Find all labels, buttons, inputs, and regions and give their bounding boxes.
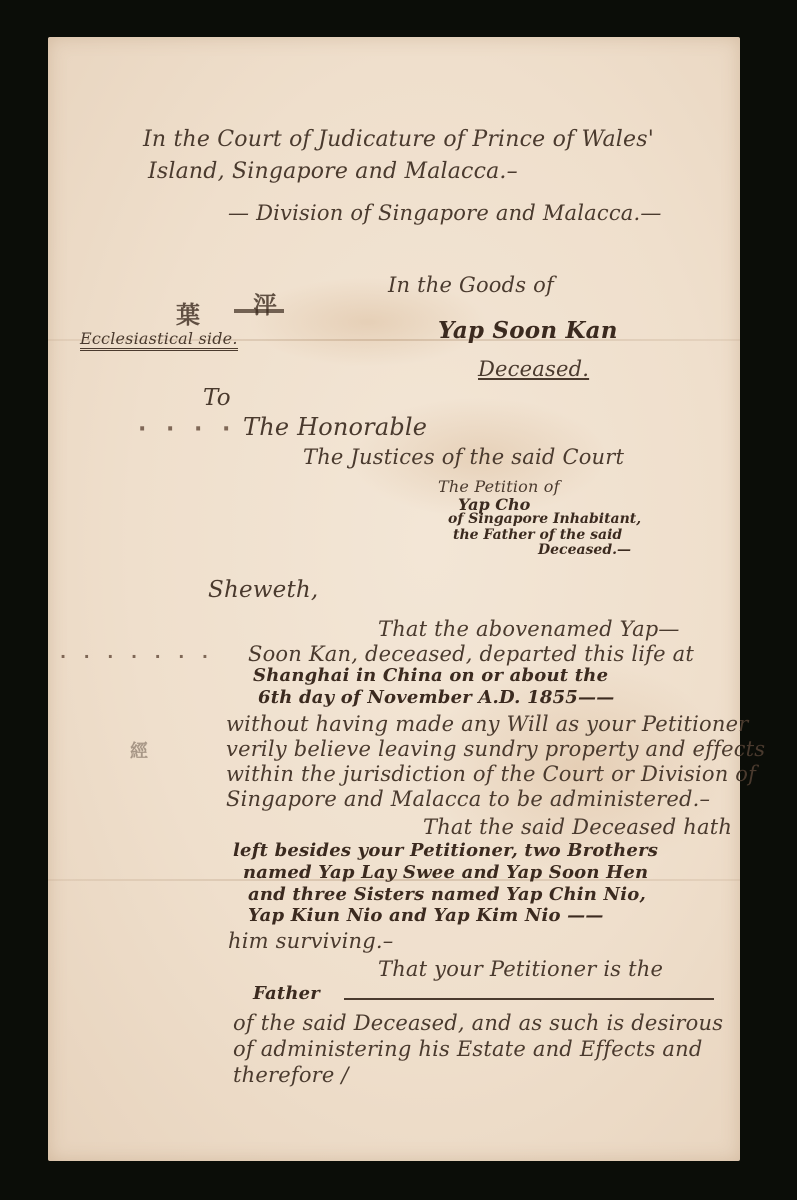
division-title: — Division of Singapore and Malacca.— xyxy=(228,201,662,225)
paragraph-2-line: him surviving.– xyxy=(228,929,393,953)
paragraph-1-line: verily believe leaving sundry property a… xyxy=(226,737,765,761)
paragraph-1-line: 6th day of November A.D. 1855—— xyxy=(258,687,614,708)
seal-stroke xyxy=(234,309,284,313)
manuscript-page: In the Court of Judicature of Prince of … xyxy=(48,37,740,1161)
paragraph-2-line: That the said Deceased hath xyxy=(423,815,732,839)
paragraph-2-line: Yap Kiun Nio and Yap Kim Nio —— xyxy=(248,905,604,926)
ink-blot: · · · · xyxy=(138,417,236,442)
ecclesiastical-side-label: Ecclesiastical side. xyxy=(80,329,238,351)
paragraph-3-line: of the said Deceased, and as such is des… xyxy=(233,1011,723,1035)
paragraph-3-line: That your Petitioner is the xyxy=(378,957,663,981)
court-title-line2: Island, Singapore and Malacca.– xyxy=(148,159,518,184)
paragraph-3-line: of administering his Estate and Effects … xyxy=(233,1037,702,1061)
petitioner-description-line3: Deceased.— xyxy=(538,542,631,558)
faded-chinese-character: 經 xyxy=(130,737,148,763)
address-honorable: The Honorable xyxy=(243,413,427,441)
paragraph-3-line: Father xyxy=(253,983,320,1004)
chinese-character-seal: 葉 xyxy=(176,295,200,330)
ink-blot: · · · · · · · xyxy=(60,647,214,666)
petitioner-description-line1: of Singapore Inhabitant, xyxy=(448,511,641,527)
paragraph-2-line: left besides your Petitioner, two Brothe… xyxy=(233,840,658,861)
petitioner-description-line2: the Father of the said xyxy=(453,527,622,543)
chinese-character-seal: 泙 xyxy=(253,285,277,320)
deceased-label: Deceased. xyxy=(478,357,589,381)
blank-fill-line xyxy=(344,998,714,1000)
paragraph-1-line: That the abovenamed Yap— xyxy=(378,617,680,641)
paragraph-1-line: Singapore and Malacca to be administered… xyxy=(226,787,710,811)
deceased-name: Yap Soon Kan xyxy=(438,317,618,344)
court-title-line1: In the Court of Judicature of Prince of … xyxy=(143,127,654,152)
sheweth-heading: Sheweth, xyxy=(208,577,318,603)
paragraph-1-line: within the jurisdiction of the Court or … xyxy=(226,762,756,786)
address-justices: The Justices of the said Court xyxy=(303,445,624,469)
address-to: To xyxy=(203,385,231,411)
paragraph-3-line: therefore / xyxy=(233,1063,349,1087)
petition-of-label: The Petition of xyxy=(438,477,560,496)
goods-heading: In the Goods of xyxy=(388,273,554,297)
paragraph-1-line: without having made any Will as your Pet… xyxy=(226,712,749,736)
paragraph-1-line: Shanghai in China on or about the xyxy=(253,665,608,686)
paragraph-2-line: and three Sisters named Yap Chin Nio, xyxy=(248,884,646,905)
paragraph-1-line: Soon Kan, deceased, departed this life a… xyxy=(248,642,694,666)
paragraph-2-line: named Yap Lay Swee and Yap Soon Hen xyxy=(243,862,648,883)
